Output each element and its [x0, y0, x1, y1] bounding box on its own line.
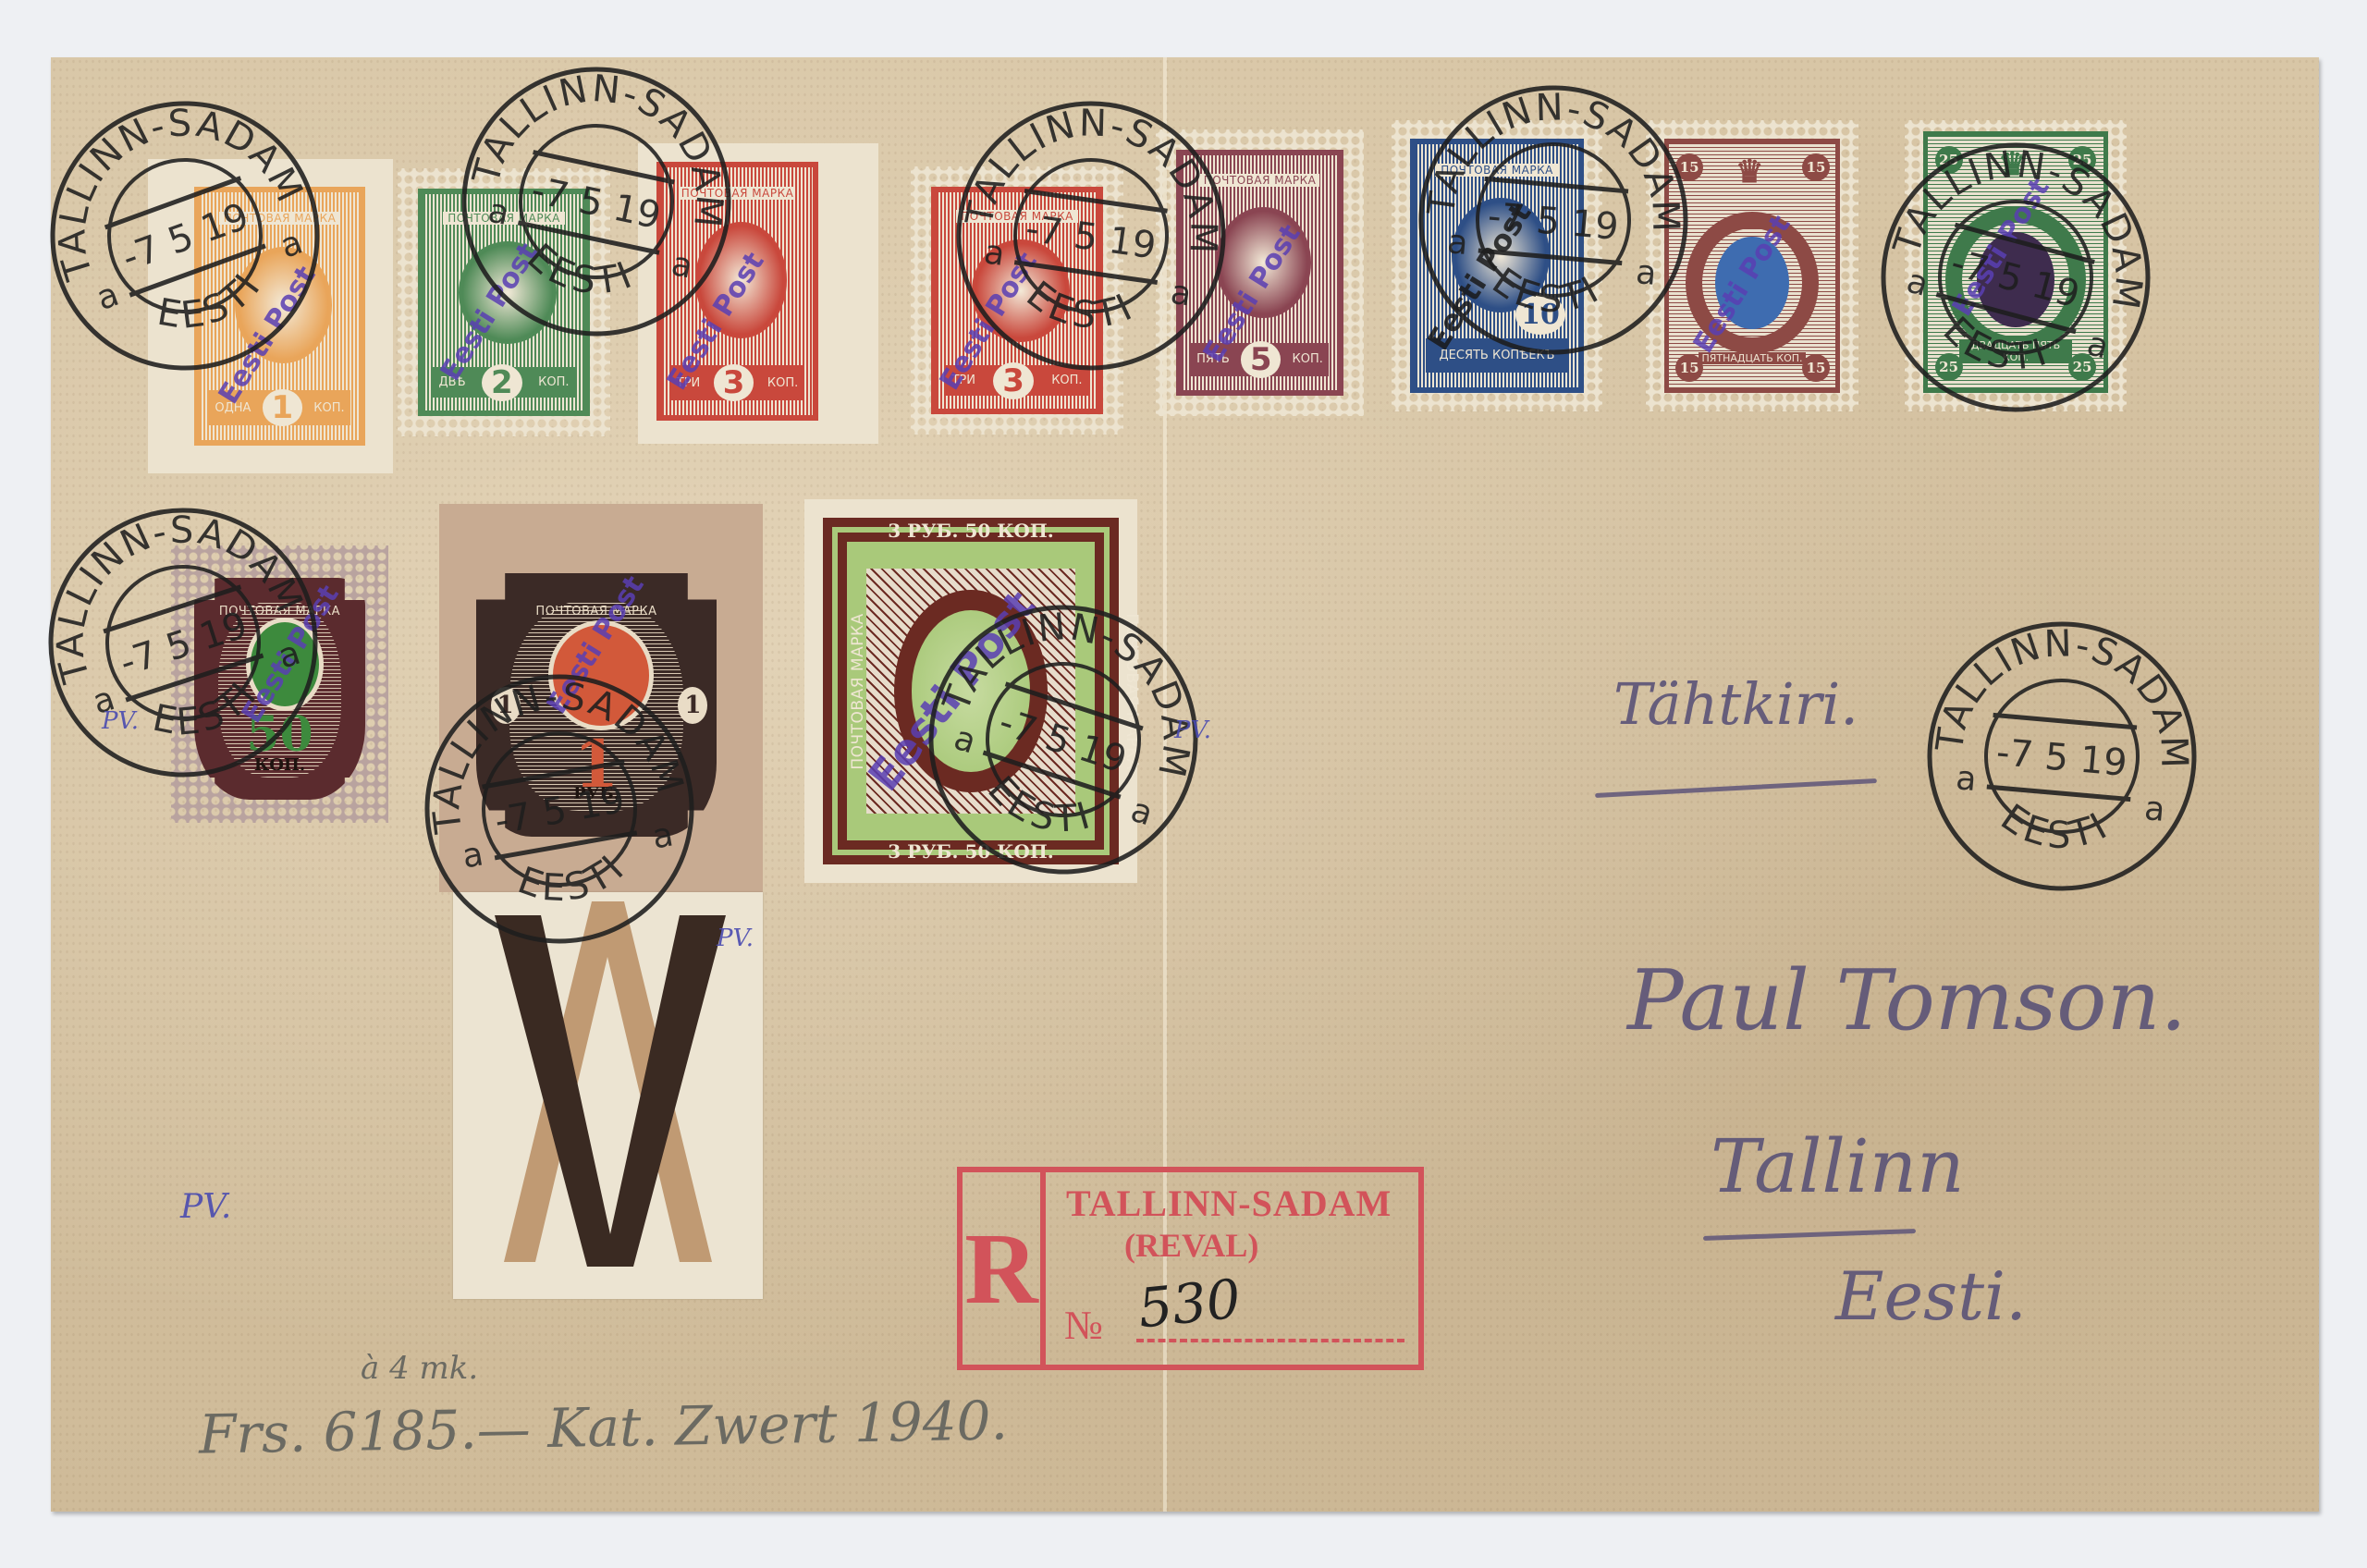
expert-mark-2: PV. [102, 707, 139, 735]
address-city: Tallinn [1711, 1123, 1965, 1209]
v-label [453, 892, 763, 1299]
address-country: Eesti. [1835, 1257, 2027, 1335]
registration-letter: R [963, 1172, 1046, 1365]
registration-dotted-line [1136, 1339, 1404, 1342]
registration-office: TALLINN-SADAM [1066, 1182, 1392, 1225]
stamp-design: 25252525♛ДВАДЦАТЬ ПЯТЬ КОП. [1923, 131, 2108, 393]
registration-office-alt: (REVAL) [1124, 1226, 1258, 1265]
registration-label: R TALLINN-SADAM (REVAL) № 530 [957, 1167, 1424, 1370]
service-note: Tähtkiri. [1613, 670, 1858, 738]
registration-number: 530 [1135, 1267, 1244, 1340]
stamp-3: ПОЧТОВАЯ МАРКАТРИ3КОП. [638, 143, 878, 444]
stamp-25: 25252525♛ДВАДЦАТЬ ПЯТЬ КОП. [1905, 120, 2127, 411]
addressee-name: Paul Tomson. [1627, 952, 2187, 1049]
registration-number-prefix: № [1064, 1302, 1103, 1349]
expert-initials: PV. [180, 1188, 231, 1226]
expert-mark-3: PV. [717, 925, 754, 952]
pencil-note-rate: à 4 mk. [361, 1350, 478, 1387]
stamp-1: ПОЧТОВАЯ МАРКА1РУБ.11 [439, 504, 763, 892]
v-label-graphic [453, 892, 763, 1299]
expert-mark-1: PV. [1174, 717, 1211, 744]
